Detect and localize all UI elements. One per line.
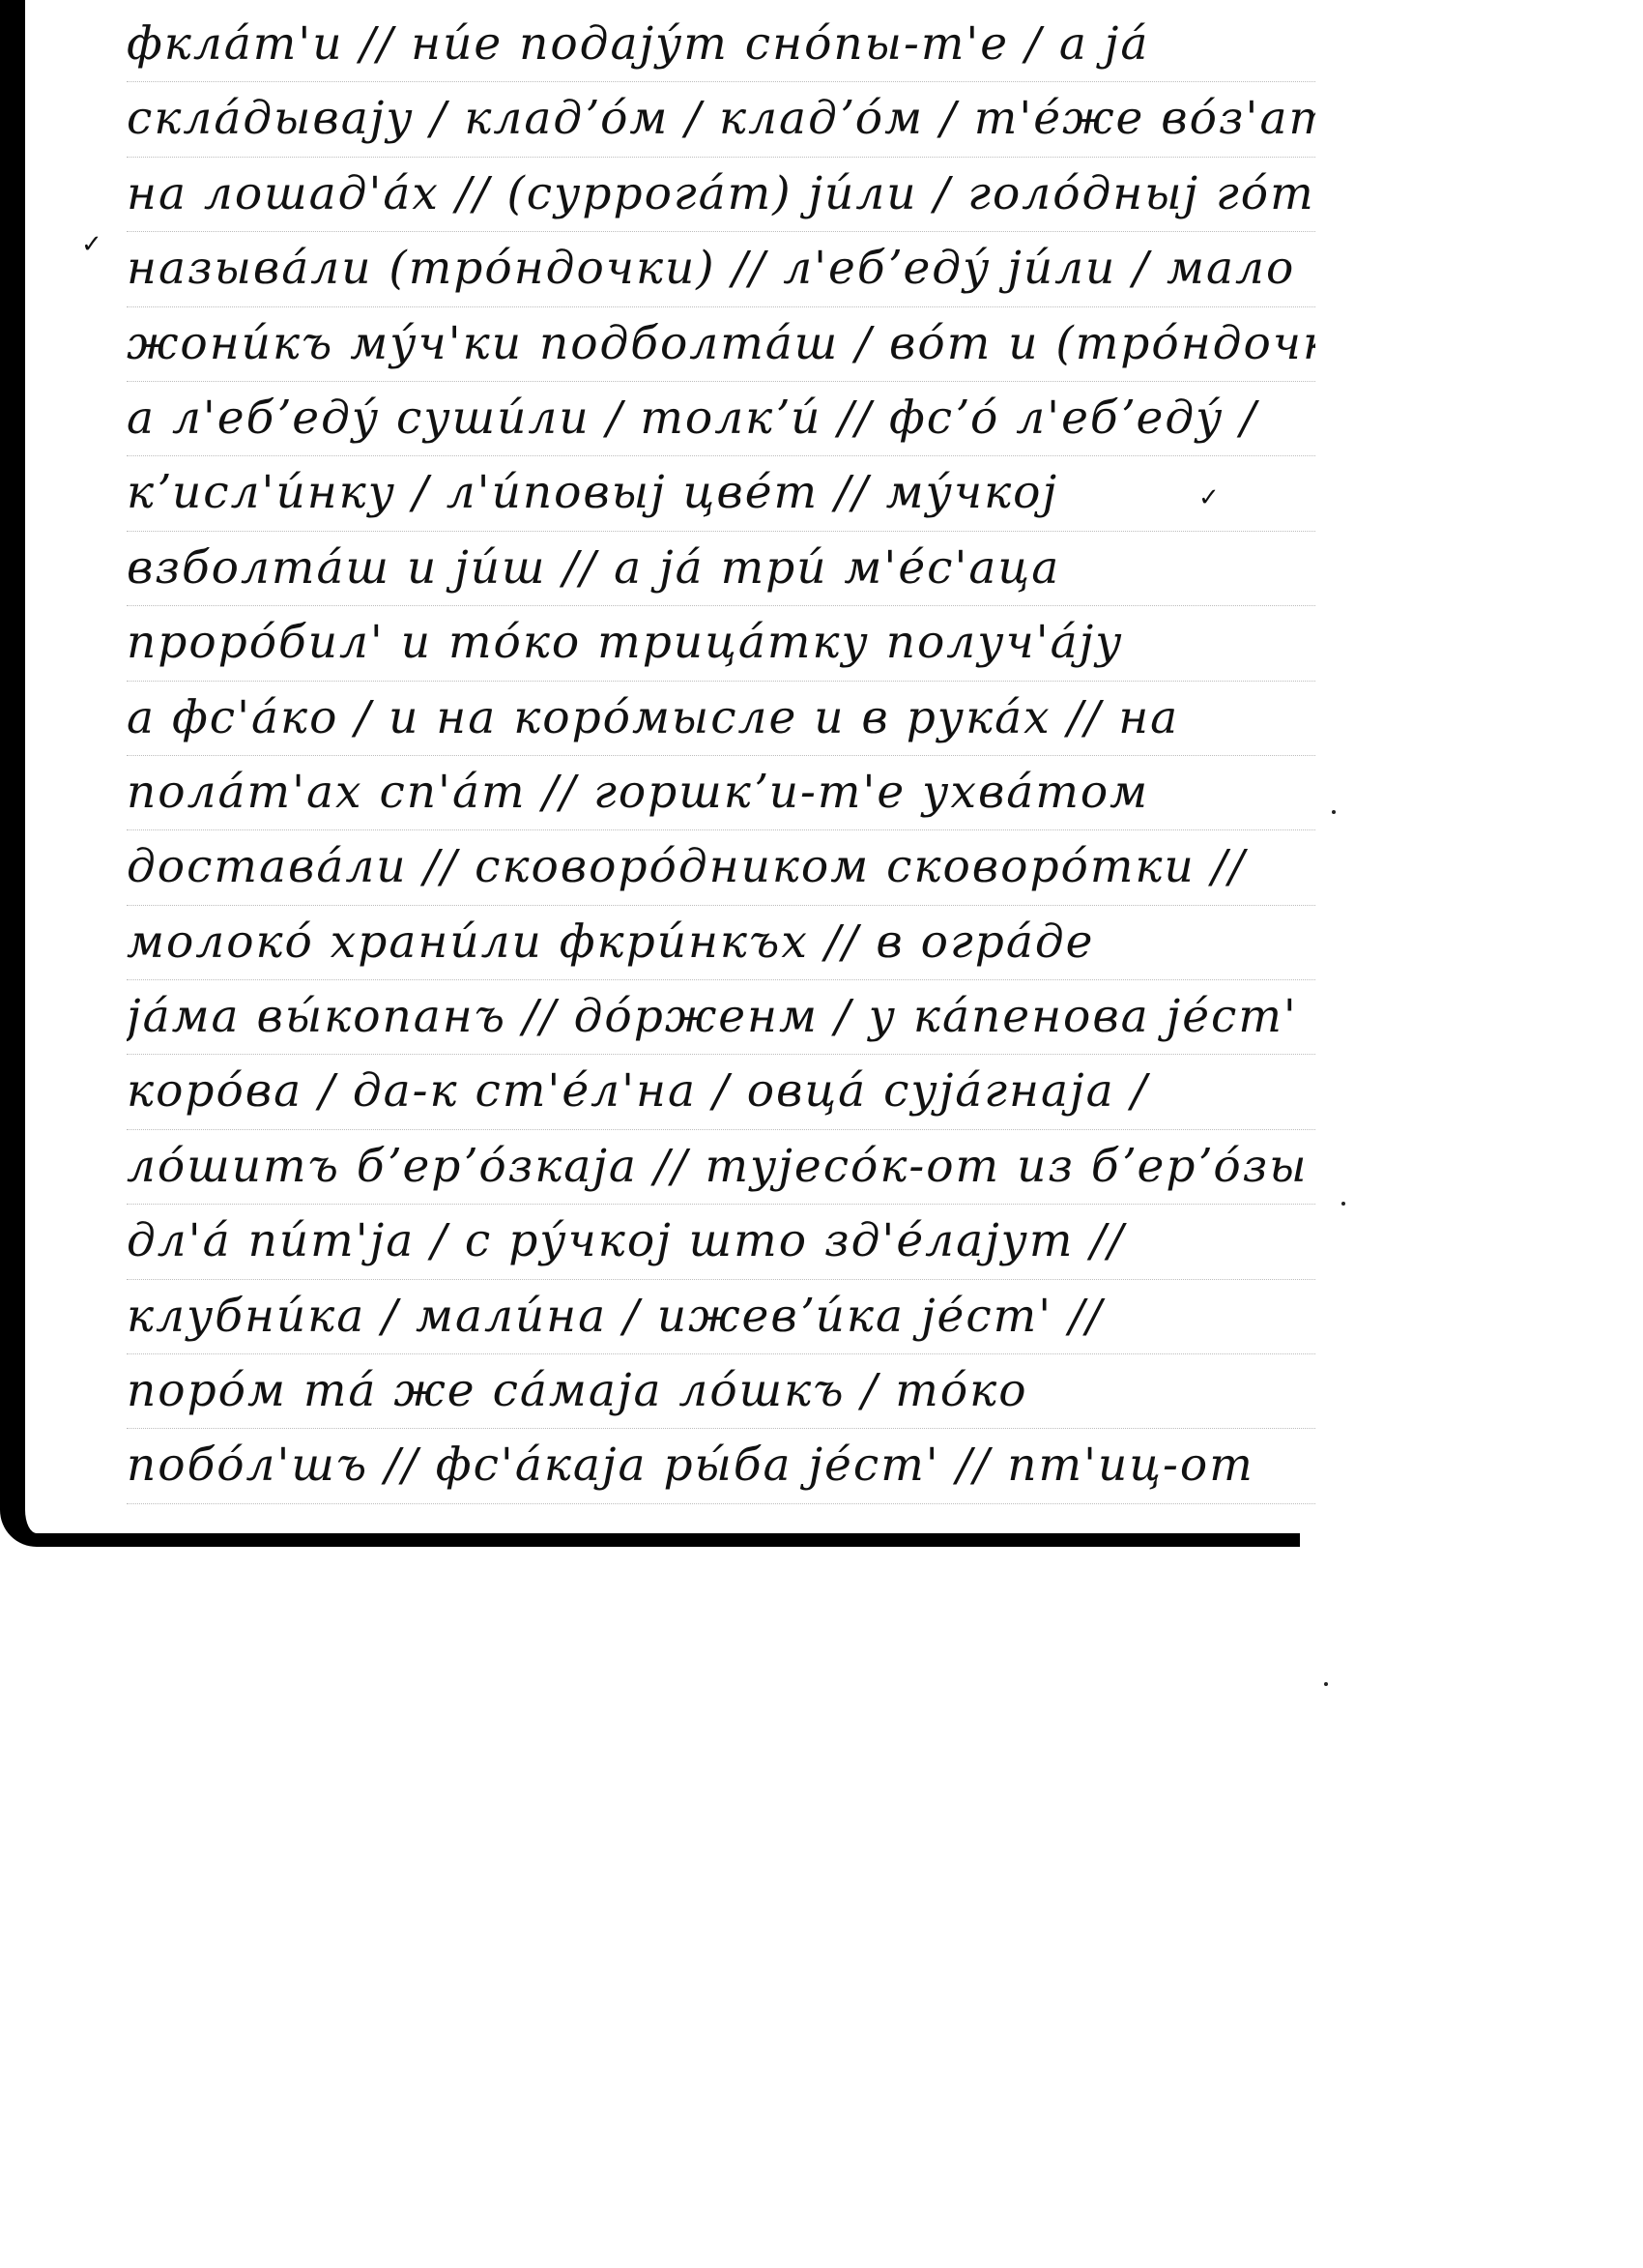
text-line-6: а л'ебʼеду́ суши́ли / толкʼи́ // фсʼо́ л… — [127, 382, 1315, 456]
text-line-11: пола́т'ах сп'а́т // горшкʼи-т'е ухва́том — [127, 756, 1315, 830]
text-line-5: жони́къ му́ч'ки подболта́ш / во́т и (тро… — [127, 307, 1315, 382]
text-line-18: клубни́ка / мали́на / ижевʼи́ка jе́ст' /… — [127, 1280, 1315, 1354]
handwritten-text: фкла́т'и // ни́е подаjу́т сно́пы-т'е / а… — [127, 8, 1315, 1504]
text-line-16: ло́шитъ бʼерʼо́зкаjа // туjесо́к-от из б… — [127, 1130, 1315, 1205]
text-line-8: взболта́ш и jи́ш // а jа́ три́ м'е́с'аца — [127, 532, 1315, 606]
notebook-page: фкла́т'и // ни́е подаjу́т сно́пы-т'е / а… — [0, 0, 1300, 1547]
text-line-3: на лошад'а́х // (суррога́т) jи́ли / голо… — [127, 158, 1315, 232]
scan-speck — [1324, 1682, 1328, 1686]
scan-speck — [1341, 1202, 1345, 1206]
scan-speck — [1332, 810, 1336, 814]
text-line-10: а фс'а́ко / и на коро́мысле и в рука́х /… — [127, 682, 1315, 756]
checkmark-icon: ✓ — [1198, 483, 1220, 512]
text-line-4: называ́ли (тро́ндочки) // л'ебʼеду́ jи́л… — [127, 232, 1315, 306]
text-line-19: поро́м та́ же са́маjа ло́шкъ / то́ко — [127, 1354, 1315, 1429]
text-line-2: скла́дываjу / кладʼо́м / кладʼо́м / т'е́… — [127, 82, 1315, 157]
text-line-13: молоко́ храни́ли фкри́нкъх // в огра́де — [127, 906, 1315, 980]
text-line-17: дл'а́ пи́т'jа / с ру́чкоj што зд'е́лаjут… — [127, 1205, 1315, 1279]
text-line-14: jа́ма вы́копанъ // до́рженм / у ка́пенов… — [127, 980, 1315, 1055]
text-line-20: побо́л'шъ // фс'а́каjа ры́ба jе́ст' // п… — [127, 1429, 1315, 1503]
text-line-15: коро́ва / да-к ст'е́л'на / овца́ суjа́гн… — [127, 1055, 1315, 1129]
checkmark-icon: ✓ — [81, 230, 102, 259]
text-line-12: достава́ли // сковоро́дником сковоро́тки… — [127, 830, 1315, 905]
text-line-9: проро́бил' и то́ко трица́тку получ'а́jу — [127, 606, 1315, 681]
text-line-1: фкла́т'и // ни́е подаjу́т сно́пы-т'е / а… — [127, 8, 1315, 82]
text-line-7: кʼисл'и́нку / л'и́повыj цве́т // му́чкоj — [127, 456, 1315, 531]
